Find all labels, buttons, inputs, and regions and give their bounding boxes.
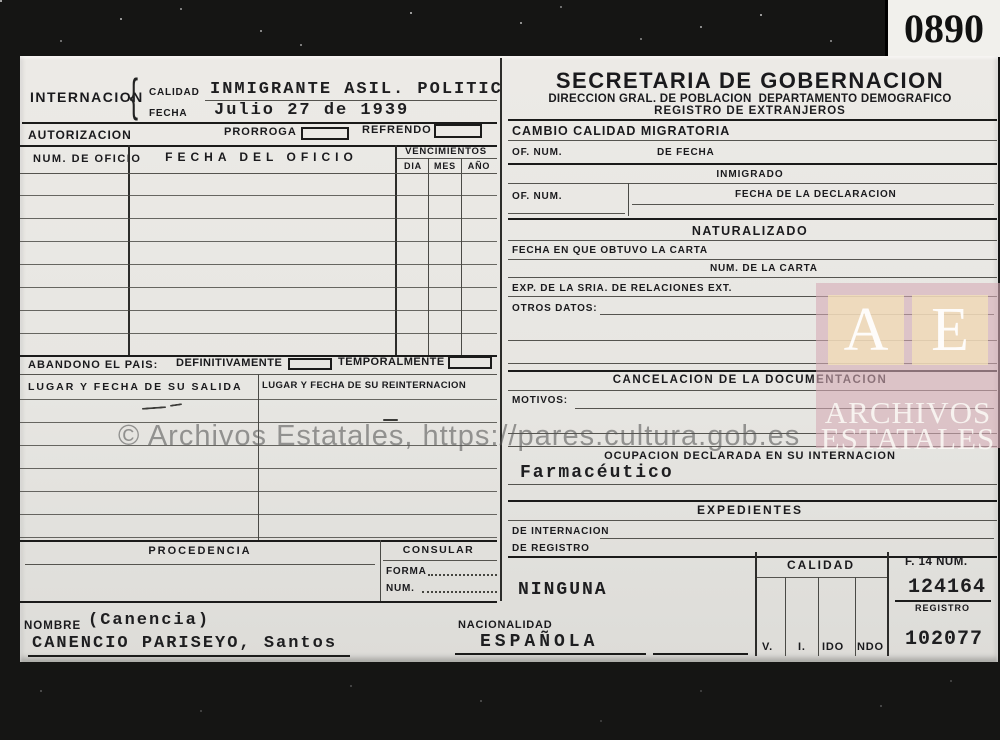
motivos-label: MOTIVOS:: [512, 395, 568, 406]
logo-tile-e: E: [912, 295, 988, 365]
logo-letter-a: A: [844, 295, 889, 366]
naturalizado-header: NATURALIZADO: [503, 224, 997, 238]
temporalmente-checkbox: [448, 356, 492, 369]
ano-header: AÑO: [462, 161, 496, 171]
frame-number: 0890: [904, 5, 984, 52]
temporalmente-label: TEMPORALMENTE: [338, 356, 445, 368]
salida-rows: [20, 377, 497, 538]
prorroga-label: PRORROGA: [224, 126, 297, 138]
num-de-oficio-header: NUM. DE OFICIO: [33, 153, 141, 165]
nombre-note: (Canencia): [88, 611, 210, 630]
consular-num-label: NUM.: [386, 583, 415, 594]
mes-header: MES: [429, 161, 461, 171]
brace-glyph: {: [130, 68, 139, 122]
otros-datos-label: OTROS DATOS:: [512, 303, 597, 314]
autorizacion-label: AUTORIZACION: [28, 128, 132, 142]
refrendo-checkbox: [434, 124, 482, 138]
registro-label: REGISTRO: [915, 603, 970, 613]
nacionalidad-value: ESPAÑOLA: [480, 632, 598, 652]
num-dotted-line: [422, 591, 497, 593]
nombre-label: NOMBRE: [24, 620, 81, 632]
fecha-value: Julio 27 de 1939: [214, 101, 409, 120]
calidad-col-i: I.: [798, 641, 806, 653]
microfilm-scan: 0890 INTERNACION { CALIDAD FECHA INMIGRA…: [0, 0, 1000, 740]
film-grain: [0, 0, 2, 2]
calidad-label: CALIDAD: [149, 87, 200, 98]
calidad-col-ido: IDO: [822, 641, 844, 653]
f14-header: F. 14 NUM.: [905, 556, 968, 568]
forma-dotted-line: [428, 574, 497, 576]
calidad-col-v: V.: [762, 641, 773, 653]
inmigrado-header: INMIGRADO: [503, 169, 997, 180]
fecha-label: FECHA: [149, 108, 187, 119]
procedencia-header: PROCEDENCIA: [20, 545, 380, 557]
logo-tile-a: A: [828, 295, 904, 365]
of-num-label: OF. NUM.: [512, 147, 562, 158]
refrendo-label: REFRENDO: [362, 124, 432, 136]
logo-letter-e: E: [931, 295, 969, 366]
num-carta-label: NUM. DE LA CARTA: [710, 263, 818, 274]
nombre-value: CANENCIO PARISEYO, Santos: [32, 634, 337, 653]
calidad-box-header: CALIDAD: [755, 558, 887, 572]
expedientes-header: EXPEDIENTES: [503, 503, 997, 517]
expediente-value: NINGUNA: [518, 580, 608, 600]
de-registro-label: DE REGISTRO: [512, 543, 590, 554]
ocupacion-value: Farmacéutico: [520, 463, 674, 483]
agency-subtitle2: REGISTRO DE EXTRANJEROS: [503, 105, 997, 117]
agency-title: SECRETARIA DE GOBERNACION: [503, 68, 997, 94]
exp-sria-label: EXP. DE LA SRIA. DE RELACIONES EXT.: [512, 283, 732, 294]
vencimientos-header: VENCIMIENTOS: [395, 146, 497, 157]
calidad-value: INMIGRANTE ASIL. POLITIC: [210, 80, 503, 99]
internacion-label: INTERNACION: [30, 89, 144, 105]
definitivamente-label: DEFINITIVAMENTE: [176, 357, 282, 369]
cambio-calidad-header: CAMBIO CALIDAD MIGRATORIA: [512, 124, 730, 138]
frame-number-label: 0890: [888, 0, 1000, 57]
fecha-del-oficio-header: FECHA DEL OFICIO: [128, 150, 395, 164]
copyright-watermark: © Archivos Estatales, https://pares.cult…: [118, 420, 918, 453]
agency-subtitle1: DIRECCION GRAL. DE POBLACION DEPARTAMENT…: [503, 93, 997, 105]
fecha-carta-label: FECHA EN QUE OBTUVO LA CARTA: [512, 245, 708, 256]
de-fecha-label: DE FECHA: [657, 147, 715, 158]
oficio-table-rows: [20, 173, 497, 355]
nacionalidad-label: NACIONALIDAD: [458, 619, 553, 631]
fecha-declaracion-label: FECHA DE LA DECLARACION: [735, 189, 897, 200]
consular-header: CONSULAR: [380, 544, 497, 556]
abandono-label: ABANDONO EL PAIS:: [28, 359, 158, 371]
dia-header: DIA: [397, 161, 429, 171]
of-num2-label: OF. NUM.: [512, 191, 562, 202]
forma-label: FORMA: [386, 566, 427, 577]
f14-value: 124164: [908, 576, 986, 599]
definitivamente-checkbox: [288, 358, 332, 370]
card-center-divider: [500, 58, 502, 601]
calidad-col-ndo: NDO: [857, 641, 884, 653]
registro-value: 102077: [905, 628, 983, 651]
de-internacion-label: DE INTERNACION: [512, 526, 609, 537]
prorroga-checkbox: [301, 127, 349, 140]
